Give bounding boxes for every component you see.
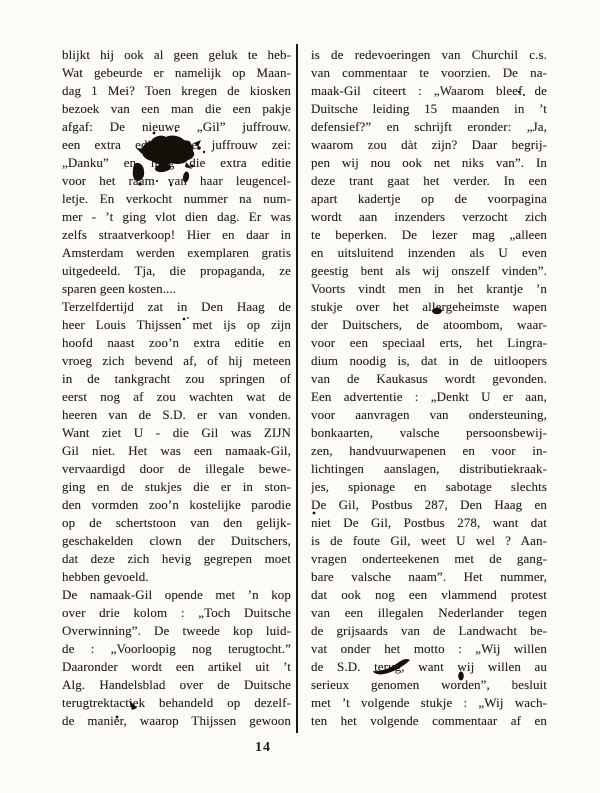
text-line: dat deze zich hevig gegrepen moet — [62, 550, 291, 568]
text-line: heeren van de S.D. er van vonden. — [62, 406, 291, 424]
text-line: terugtrektactiek behandeld op dezelf- — [62, 694, 291, 712]
text-line: op de schertstoon van den gelijk- — [62, 514, 291, 532]
text-line: den vormden zoo’n kostelijke parodie — [62, 496, 291, 514]
text-line: te beperken. De lezer mag „alleen — [311, 226, 547, 244]
text-line: de S.D. terug, want wij willen au — [311, 658, 547, 676]
page-number: 14 — [240, 740, 286, 756]
text-line: Want ziet U - die Gil was ZIJN — [62, 424, 291, 442]
text-line: hoofd naast zoo’n extra editie en — [62, 334, 291, 352]
text-line: vat onder het motto : „Wij willen — [311, 640, 547, 658]
text-line: Amsterdam werden exemplaren gratis — [62, 244, 291, 262]
text-line: letje. En verkocht nummer na num- — [62, 190, 291, 208]
text-line: serieux genomen worden”, besluit — [311, 676, 547, 694]
text-line: „Danku” en hing die extra editie — [62, 154, 291, 172]
text-line: Voorts vindt men in het krantje ’n — [311, 280, 547, 298]
text-line: in de tankgracht zou springen of — [62, 370, 291, 388]
text-line: eerst nog af zou wachten wat de — [62, 388, 291, 406]
text-line: van een illegalen Nederlander tegen — [311, 604, 547, 622]
text-line: Wat gebeurde er namelijk op Maan- — [62, 64, 291, 82]
text-line: een extra editie. De juffrouw zei: — [62, 136, 291, 154]
text-line: ging en de stukjes die er in ston- — [62, 478, 291, 496]
text-line: van de Kaukasus wordt gevonden. — [311, 370, 547, 388]
text-line: voor aanvragen van ondersteuning, — [311, 406, 547, 424]
text-line: Overwinning”. De tweede kop luid- — [62, 622, 291, 640]
text-line: dag 1 Mei? Toen kregen de kiosken — [62, 82, 291, 100]
text-line: Een advertentie : „Denkt U er aan, — [311, 388, 547, 406]
text-line: en uitsluitend inzenden als U even — [311, 244, 547, 262]
text-column-right: is de redevoeringen van Churchil c.s.van… — [311, 46, 547, 730]
column-divider-rule — [296, 44, 298, 733]
text-line: lichtingen aanslagen, distributiekraak- — [311, 460, 547, 478]
text-line: is de redevoeringen van Churchil c.s. — [311, 46, 547, 64]
text-line: voor het raam van haar leugencel- — [62, 172, 291, 190]
text-line: dium noodig is, dat in de uitloopers — [311, 352, 547, 370]
text-line: Duitsche leiding 15 maanden in ’t — [311, 100, 547, 118]
text-line: van commentaar te voorzien. De na- — [311, 64, 547, 82]
text-line: apart kadertje op de voorpagina — [311, 190, 547, 208]
text-line: geestig bent als wij onszelf vinden”. — [311, 262, 547, 280]
text-line: De Gil, Postbus 287, Den Haag en — [311, 496, 547, 514]
text-line: niet De Gil, Postbus 278, want dat — [311, 514, 547, 532]
text-line: de grijsaards van de Landwacht be- — [311, 622, 547, 640]
text-line: bonkaarten, valsche persoonsbewij- — [311, 424, 547, 442]
text-line: De namaak-Gil opende met ’n kop — [62, 586, 291, 604]
text-line: Gil niet. Het was een namaak-Gil, — [62, 442, 291, 460]
text-line: dat ook nog een vlammend protest — [311, 586, 547, 604]
text-line: met ’t volgende stukje : „Wij wach- — [311, 694, 547, 712]
text-line: vragen onderteekenen met de gang- — [311, 550, 547, 568]
text-line: zelfs straatverkoop! Hier en daar in — [62, 226, 291, 244]
text-line: geschakelden clown der Duitschers, — [62, 532, 291, 550]
text-line: voor een speciaal erts, het Lingra- — [311, 334, 547, 352]
text-line: over drie kolom : „Toch Duitsche — [62, 604, 291, 622]
text-line: jes, spionage en sabotage slechts — [311, 478, 547, 496]
text-line: stukje over het allergeheimste wapen — [311, 298, 547, 316]
text-line: vroeg zich bevend af, of hij meteen — [62, 352, 291, 370]
text-line: Alg. Handelsblad over de Duitsche — [62, 676, 291, 694]
text-line: vervaardigd door de illegale bewe- — [62, 460, 291, 478]
text-line: Daaronder wordt een artikel uit ’t — [62, 658, 291, 676]
text-line: heer Louis Thijssen met ijs op zijn — [62, 316, 291, 334]
text-line: uitgedeeld. Tja, die propaganda, ze — [62, 262, 291, 280]
text-line: de : „Voorloopig nog terugtocht.” — [62, 640, 291, 658]
text-line: waarom zou dàt zijn? Daar begrij- — [311, 136, 547, 154]
text-line: der Duitschers, de atoombom, waar- — [311, 316, 547, 334]
text-column-left: blijkt hij ook al geen geluk te heb-Wat … — [62, 46, 291, 730]
text-line: ten het volgende commentaar af en — [311, 712, 547, 730]
text-line: deze trant gaat het verder. In een — [311, 172, 547, 190]
text-line: defensief?” en schrijft eronder: „Ja, — [311, 118, 547, 136]
text-line: mer - ’t ging vlot dien dag. Er was — [62, 208, 291, 226]
text-line: pen wij nou ook net niks van”. In — [311, 154, 547, 172]
text-line: zen, handvuurwapenen en voor in- — [311, 442, 547, 460]
text-line: bezoek van een man die een pakje — [62, 100, 291, 118]
scanned-book-page: blijkt hij ook al geen geluk te heb-Wat … — [0, 0, 600, 793]
text-line: wordt aan inzenders verzocht zich — [311, 208, 547, 226]
text-line: sparen geen kosten.... — [62, 280, 291, 298]
text-line: maak-Gil citeert : „Waarom bleef de — [311, 82, 547, 100]
text-line: hebben gevoeld. — [62, 568, 291, 586]
text-line: bare valsche naam”. Het nummer, — [311, 568, 547, 586]
text-line: blijkt hij ook al geen geluk te heb- — [62, 46, 291, 64]
text-line: afgaf: De nieuwe „Gil” juffrouw. — [62, 118, 291, 136]
text-line: is de foute Gil, weet U wel ? Aan- — [311, 532, 547, 550]
text-line: Terzelfdertijd zat in Den Haag de — [62, 298, 291, 316]
text-line: de manier, waarop Thijssen gewoon — [62, 712, 291, 730]
